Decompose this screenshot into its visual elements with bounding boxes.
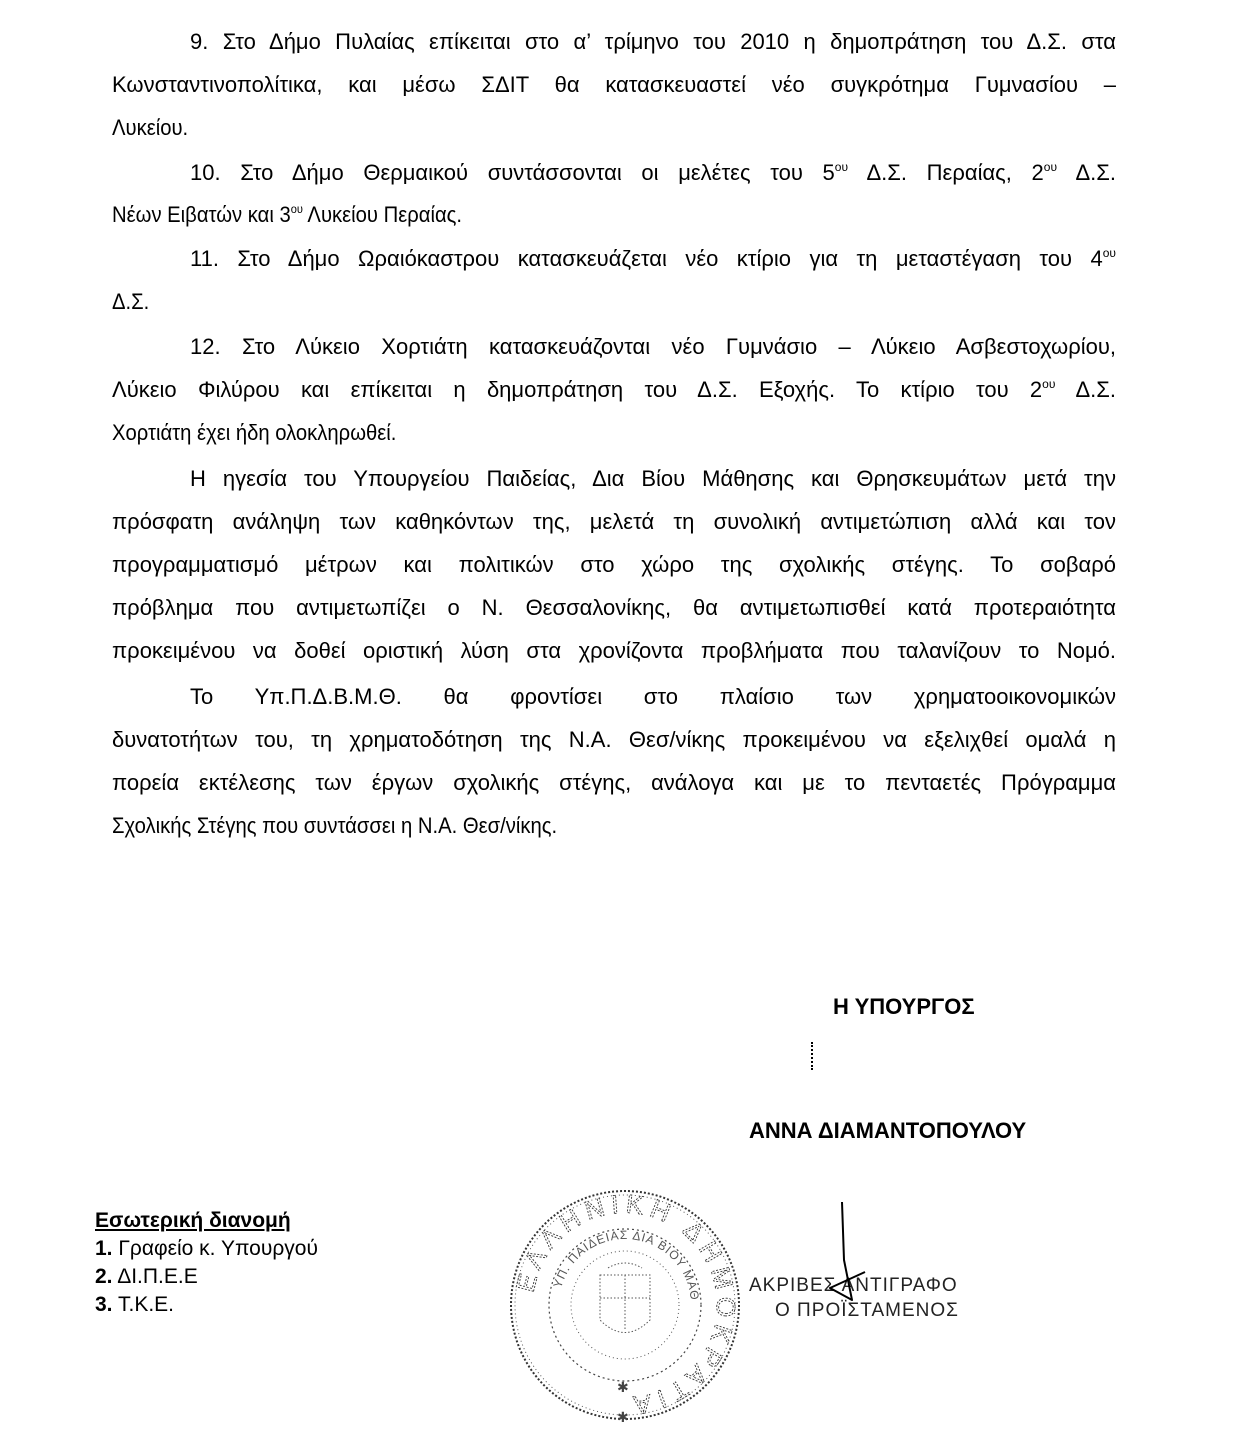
item-number: 3.	[95, 1293, 113, 1316]
svg-text:✱: ✱	[617, 1409, 629, 1425]
text: Δ.Σ.	[1057, 160, 1116, 185]
item-number: 2.	[95, 1265, 113, 1288]
signature-dots	[811, 1042, 815, 1070]
leadership-line-3: προγραμματισμό μέτρων και πολιτικών στο …	[112, 550, 1116, 580]
text: Λύκειο Φιλύρου και επίκειται η δημοπράτη…	[112, 377, 1042, 402]
leadership-line-1: Η ηγεσία του Υπουργείου Παιδείας, Δια Βί…	[190, 464, 1116, 494]
item-text: Γραφείο κ. Υπουργού	[113, 1237, 318, 1260]
paragraph-10-line-2: Νέων Ειβατών και 3ου Λυκείου Περαίας.	[112, 200, 1036, 230]
leadership-line-4: πρόβλημα που αντιμετωπίζει ο Ν. Θεσσαλον…	[112, 593, 1116, 623]
text: Λυκείου Περαίας.	[303, 202, 462, 227]
item-text: ΔΙ.Π.Ε.Ε	[113, 1265, 198, 1288]
distribution-title: Εσωτερική διανομή	[95, 1208, 291, 1234]
distribution-item-2: 2. ΔΙ.Π.Ε.Ε	[95, 1264, 198, 1290]
signature-title: Η ΥΠΟΥΡΓΟΣ	[833, 993, 975, 1021]
paragraph-11-line-2: Δ.Σ.	[112, 287, 1036, 317]
handwritten-signature-icon	[810, 1200, 890, 1310]
paragraph-10-line-1: 10. Στο Δήμο Θερμαικού συντάσσονται οι μ…	[190, 158, 1116, 188]
funding-line-4: Σχολικής Στέγης που συντάσσει η Ν.Α. Θεσ…	[112, 811, 1036, 841]
text: Δ.Σ. Περαίας, 2	[848, 160, 1044, 185]
text: 11. Στο Δήμο Ωραιόκαστρου κατασκευάζεται…	[190, 246, 1103, 271]
official-seal-icon: ΕΛΛΗΝΙΚΗ ΔΗΜΟΚΡΑΤΙΑ ΥΠ. ΠΑΙΔΕΙΑΣ ΔΙΑ ΒΙΟ…	[500, 1180, 750, 1430]
distribution-item-3: 3. Τ.Κ.Ε.	[95, 1292, 174, 1318]
funding-line-2: δυνατοτήτων του, τη χρηματοδότηση της Ν.…	[112, 725, 1116, 755]
funding-line-3: πορεία εκτέλεσης των έργων σχολικής στέγ…	[112, 768, 1116, 798]
paragraph-9-line-2: Κωνσταντινοπολίτικα, και μέσω ΣΔΙΤ θα κα…	[112, 70, 1116, 100]
text: Νέων Ειβατών και 3	[112, 202, 291, 227]
paragraph-9-line-3: Λυκείου.	[112, 113, 1036, 143]
funding-line-1: Το Υπ.Π.Δ.Β.Μ.Θ. θα φροντίσει στο πλαίσι…	[190, 682, 1116, 712]
paragraph-9-line-1: 9. Στο Δήμο Πυλαίας επίκειται στο α’ τρί…	[190, 27, 1116, 57]
paragraph-12-line-2: Λύκειο Φιλύρου και επίκειται η δημοπράτη…	[112, 375, 1116, 405]
superscript: ου	[1103, 246, 1116, 260]
text: 10. Στο Δήμο Θερμαικού συντάσσονται οι μ…	[190, 160, 835, 185]
superscript: ου	[835, 160, 848, 174]
superscript: ου	[291, 202, 303, 216]
item-number: 1.	[95, 1237, 113, 1260]
signature-name: ΑΝΝΑ ΔΙΑΜΑΝΤΟΠΟΥΛΟΥ	[749, 1117, 1026, 1145]
superscript: ου	[1044, 160, 1057, 174]
leadership-line-5: προκειμένου να δοθεί οριστική λύση στα χ…	[112, 636, 1116, 666]
paragraph-11-line-1: 11. Στο Δήμο Ωραιόκαστρου κατασκευάζεται…	[190, 244, 1116, 274]
leadership-line-2: πρόσφατη ανάληψη των καθηκόντων της, μελ…	[112, 507, 1116, 537]
distribution-item-1: 1. Γραφείο κ. Υπουργού	[95, 1236, 318, 1262]
superscript: ου	[1042, 377, 1055, 391]
item-text: Τ.Κ.Ε.	[113, 1293, 175, 1316]
svg-text:✱: ✱	[617, 1379, 629, 1395]
paragraph-12-line-1: 12. Στο Λύκειο Χορτιάτη κατασκευάζονται …	[190, 332, 1116, 362]
paragraph-12-line-3: Χορτιάτη έχει ήδη ολοκληρωθεί.	[112, 418, 1036, 448]
text: Δ.Σ.	[1055, 377, 1116, 402]
